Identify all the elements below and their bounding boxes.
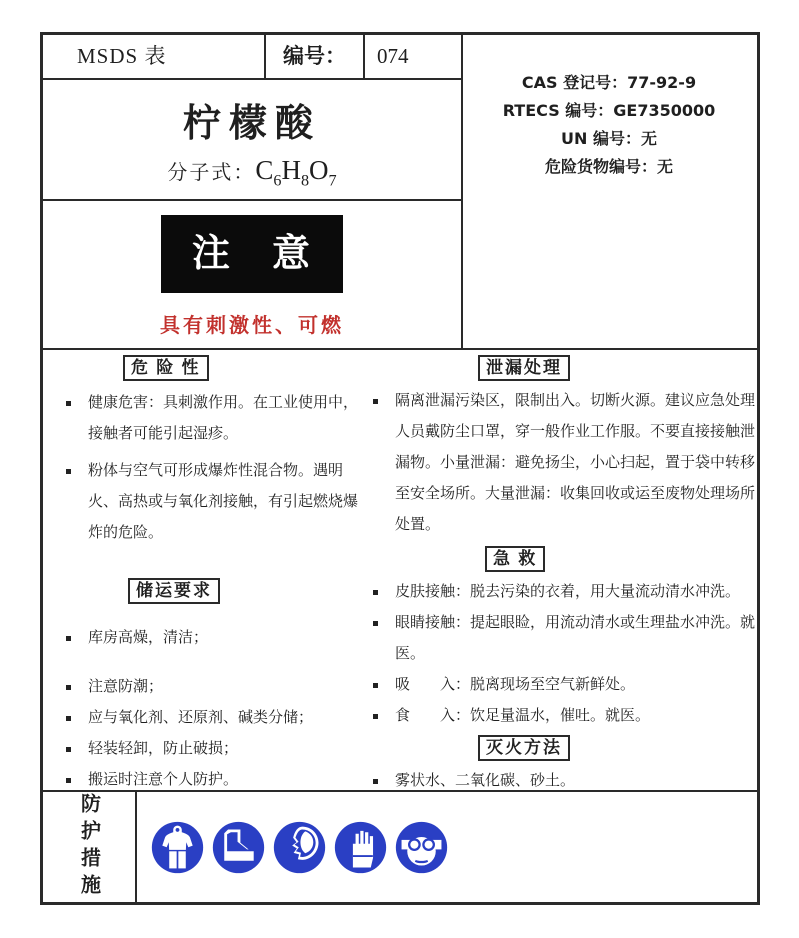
fire-title: 灭火方法 (478, 735, 570, 761)
section-fire: 灭火方法 (478, 734, 755, 760)
hazards-list: 健康危害：具刺激作用。在工业使用中，接触者可能引起湿疹。 粉体与空气可形成爆炸性… (58, 388, 370, 549)
list-item: 库房高燥，清洁； (58, 623, 360, 654)
storage-title: 储运要求 (128, 578, 220, 604)
formula-line: 分子式：C6H8O7 (43, 155, 461, 190)
dangerous-goods-number: 危险货物编号：无 (463, 153, 755, 181)
spill-list: 隔离泄漏污染区，限制出入。切断火源。建议应急处理人员戴防尘口罩，穿一般作业工作服… (365, 386, 755, 541)
list-item: 健康危害：具刺激作用。在工业使用中，接触者可能引起湿疹。 (58, 388, 360, 450)
protection-icons (137, 792, 755, 902)
left-column: 危 险 性 健康危害：具刺激作用。在工业使用中，接触者可能引起湿疹。 粉体与空气… (58, 350, 370, 788)
section-spill: 泄漏处理 (478, 354, 755, 380)
protection-title: 防护措施 (75, 793, 104, 901)
number-label: 编号： (266, 35, 363, 78)
hazard-statement: 具有刺激性、可燃 (43, 309, 461, 338)
list-item: 食 入：饮足量温水，催吐。就医。 (365, 701, 755, 732)
protective-clothing-icon (149, 819, 206, 876)
identity-block: 柠檬酸 分子式：C6H8O7 (43, 80, 461, 199)
spill-title: 泄漏处理 (478, 355, 570, 381)
protective-gloves-icon (332, 819, 389, 876)
safety-boots-icon (210, 819, 267, 876)
list-item: 注意防潮； (58, 672, 360, 703)
formula-label: 分子式： (167, 162, 255, 184)
head-mask-icon (271, 819, 328, 876)
list-item: 眼睛接触：提起眼睑，用流动清水或生理盐水冲洗。就医。 (365, 608, 755, 670)
section-first-aid: 急 救 (485, 545, 755, 571)
msds-title: MSDS 表 (43, 35, 264, 78)
warning-block: 注 意 具有刺激性、可燃 (43, 201, 461, 348)
right-column: 泄漏处理 隔离泄漏污染区，限制出入。切断火源。建议应急处理人员戴防尘口罩，穿一般… (365, 350, 755, 788)
first-aid-list: 皮肤接触：脱去污染的衣着，用大量流动清水冲洗。 眼睛接触：提起眼睑，用流动清水或… (365, 577, 755, 732)
safety-goggles-icon (393, 819, 450, 876)
list-item: 应与氧化剂、还原剂、碱类分储； (58, 703, 360, 734)
un-number: UN 编号：无 (463, 125, 755, 153)
chemical-name: 柠檬酸 (43, 92, 461, 147)
registry-info: CAS 登记号：77-92-9 RTECS 编号：GE7350000 UN 编号… (463, 35, 755, 346)
storage-list: 库房高燥，清洁； 注意防潮； 应与氧化剂、还原剂、碱类分储； 轻装轻卸，防止破损… (58, 623, 370, 796)
list-item: 隔离泄漏污染区，限制出入。切断火源。建议应急处理人员戴防尘口罩，穿一般作业工作服… (365, 386, 755, 541)
hazards-title: 危 险 性 (123, 355, 209, 381)
list-item: 吸 入：脱离现场至空气新鲜处。 (365, 670, 755, 701)
section-hazards: 危 险 性 (123, 354, 370, 380)
list-item: 轻装轻卸，防止破损； (58, 734, 360, 765)
cas-number: CAS 登记号：77-92-9 (463, 69, 755, 97)
signal-word-box: 注 意 (161, 215, 343, 293)
protection-label-cell: 防护措施 (43, 792, 135, 902)
list-item: 皮肤接触：脱去污染的衣着，用大量流动清水冲洗。 (365, 577, 755, 608)
rtecs-number: RTECS 编号：GE7350000 (463, 97, 755, 125)
list-item: 粉体与空气可形成爆炸性混合物。遇明火、高热或与氧化剂接触，有引起燃烧爆炸的危险。 (58, 456, 360, 549)
number-value: 074 (365, 35, 461, 78)
molecular-formula: C6H8O7 (255, 155, 336, 185)
first-aid-title: 急 救 (485, 546, 545, 572)
section-storage: 储运要求 (128, 577, 370, 603)
msds-document-page: { "header": { "msds_label": "MSDS 表", "n… (0, 0, 799, 938)
msds-sheet: MSDS 表 编号： 074 CAS 登记号：77-92-9 RTECS 编号：… (40, 32, 760, 905)
